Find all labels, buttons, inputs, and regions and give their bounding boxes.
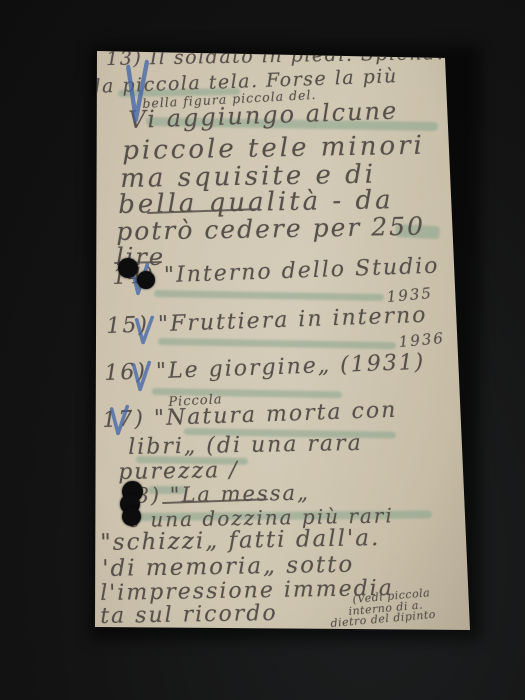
blue-checkmark-icon bbox=[133, 315, 155, 345]
handwriting-line: 18) "La messa„ bbox=[120, 481, 310, 508]
handwriting-line: libri„ (di una rara bbox=[128, 431, 363, 460]
ink-hole-dot bbox=[118, 258, 138, 278]
blue-checkmark-icon bbox=[108, 404, 130, 436]
handwriting-line: 17) "Natura morta con bbox=[102, 398, 398, 433]
handwriting-line: ta sul ricordo bbox=[100, 601, 278, 629]
handwriting-year: 1936 bbox=[398, 329, 446, 351]
handwriting-line: potrò cedere per 250 bbox=[116, 212, 425, 246]
manuscript-content: 13) Il soldato in piedi. Splend. da picc… bbox=[0, 0, 525, 700]
handwriting-line: 16) "Le giorgine„ (1931) bbox=[104, 350, 426, 386]
green-highlight bbox=[158, 338, 396, 349]
ink-hole-dot bbox=[137, 271, 155, 289]
ink-hole-dot bbox=[122, 507, 141, 526]
photo-backdrop: 13) Il soldato in piedi. Splend. da picc… bbox=[0, 0, 525, 700]
blue-checkmark-icon bbox=[124, 58, 150, 124]
green-highlight bbox=[154, 290, 384, 301]
blue-checkmark-icon bbox=[130, 360, 152, 392]
